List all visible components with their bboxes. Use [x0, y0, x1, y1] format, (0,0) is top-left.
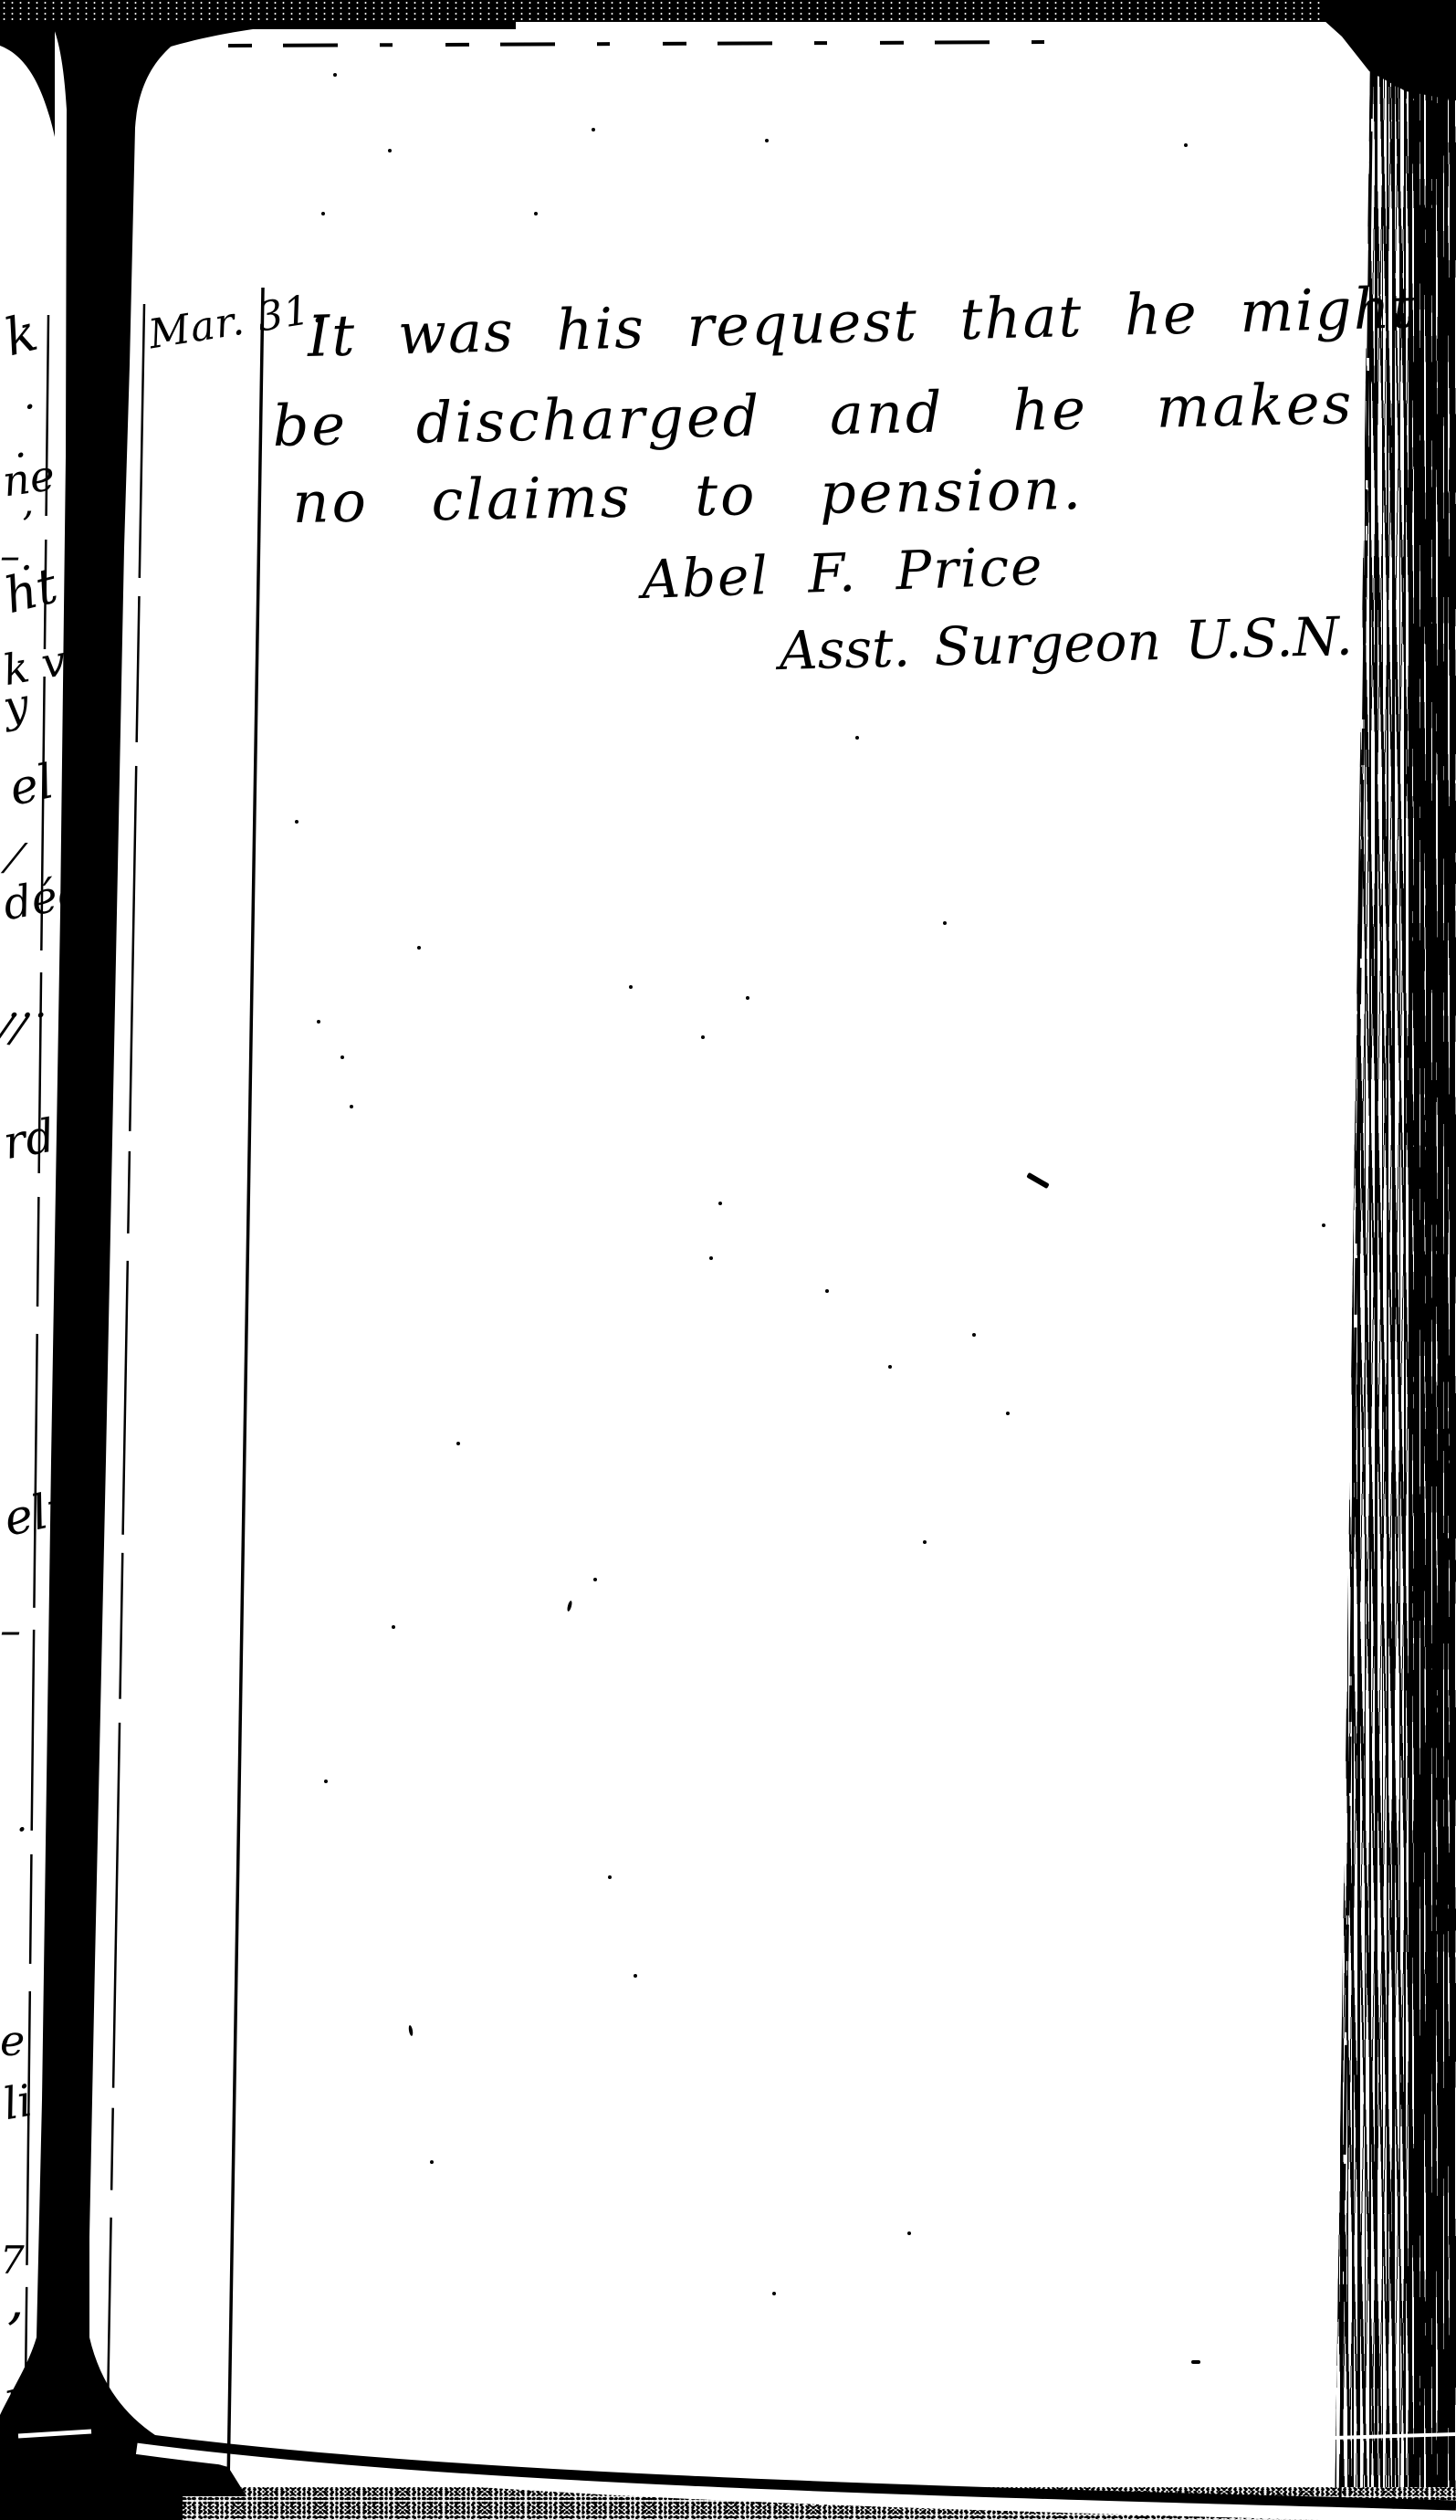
- handwriting-fragment: ·: [24, 388, 36, 426]
- scan-speck: [321, 212, 325, 215]
- scan-speck: [709, 1256, 713, 1260]
- bottom-left-corner-black: [0, 2483, 183, 2520]
- handwriting-fragment: ⁄: [11, 840, 17, 880]
- handwriting-fragment: ,: [7, 2273, 24, 2326]
- signature-title: Asst. Surgeon U.S.N.: [779, 610, 1353, 677]
- top-band-dashes: [228, 42, 1050, 46]
- scan-speck: [392, 1625, 395, 1629]
- handwriting-fragment: ely: [0, 1483, 79, 1544]
- scan-speck: [608, 1875, 612, 1879]
- fore-edge-white-streak: [1335, 2434, 1456, 2438]
- handwriting-fragment: ·: [16, 1812, 27, 1847]
- scan-speck: [430, 2160, 434, 2164]
- scan-speck: [534, 212, 538, 215]
- scan-speck: [340, 1055, 344, 1059]
- scan-speck: [324, 1780, 328, 1783]
- scan-speck: [888, 1365, 892, 1369]
- scan-speck: [701, 1035, 705, 1039]
- scan-speck: [634, 1974, 637, 1978]
- scan-speck: [350, 1105, 353, 1108]
- scan-speck: [772, 2292, 776, 2295]
- scan-speck: [417, 946, 421, 950]
- top-right-corner-black: [1324, 0, 1456, 100]
- book-gutter: [37, 20, 215, 2337]
- date-column-separator-rule: [228, 288, 263, 2485]
- scan-speck: [592, 128, 595, 131]
- scan-speck: [972, 1333, 976, 1337]
- scan-speck: [1322, 1223, 1325, 1227]
- handwriting-fragment: ne: [0, 454, 58, 502]
- scan-speck: [923, 1540, 927, 1544]
- scan-speck: [907, 2231, 911, 2235]
- scan-speck: [593, 1578, 597, 1581]
- scan-speck: [855, 736, 859, 740]
- scan-speck: [943, 921, 947, 925]
- scan-speck: [456, 1442, 460, 1445]
- scan-speck: [825, 1289, 829, 1293]
- entry-line-3: no claims to pension.: [292, 461, 1084, 531]
- scan-speck: [746, 996, 749, 1000]
- scan-speck: [629, 985, 633, 989]
- scan-speck: [333, 73, 337, 77]
- handwriting-fragment: dée: [0, 870, 87, 927]
- handwriting-fragment: –: [0, 1609, 21, 1651]
- signature-name: Abel F. Price: [641, 540, 1044, 606]
- scan-speck: [718, 1202, 722, 1205]
- scan-speck: [317, 1020, 320, 1024]
- handwriting-fragment: e: [0, 2020, 25, 2062]
- scan-speck: [1006, 1412, 1010, 1415]
- scan-speck: [1184, 143, 1188, 147]
- scan-speck: [1191, 2360, 1200, 2364]
- scanned-ledger-page: Mar. 31. It was his request that he migh…: [0, 0, 1456, 2520]
- scan-speck: [388, 149, 392, 152]
- handwriting-fragment: rd: [0, 1112, 58, 1166]
- scan-speck: [295, 820, 299, 824]
- adjacent-page-top-corner: [0, 20, 55, 137]
- scan-speck: [765, 139, 769, 142]
